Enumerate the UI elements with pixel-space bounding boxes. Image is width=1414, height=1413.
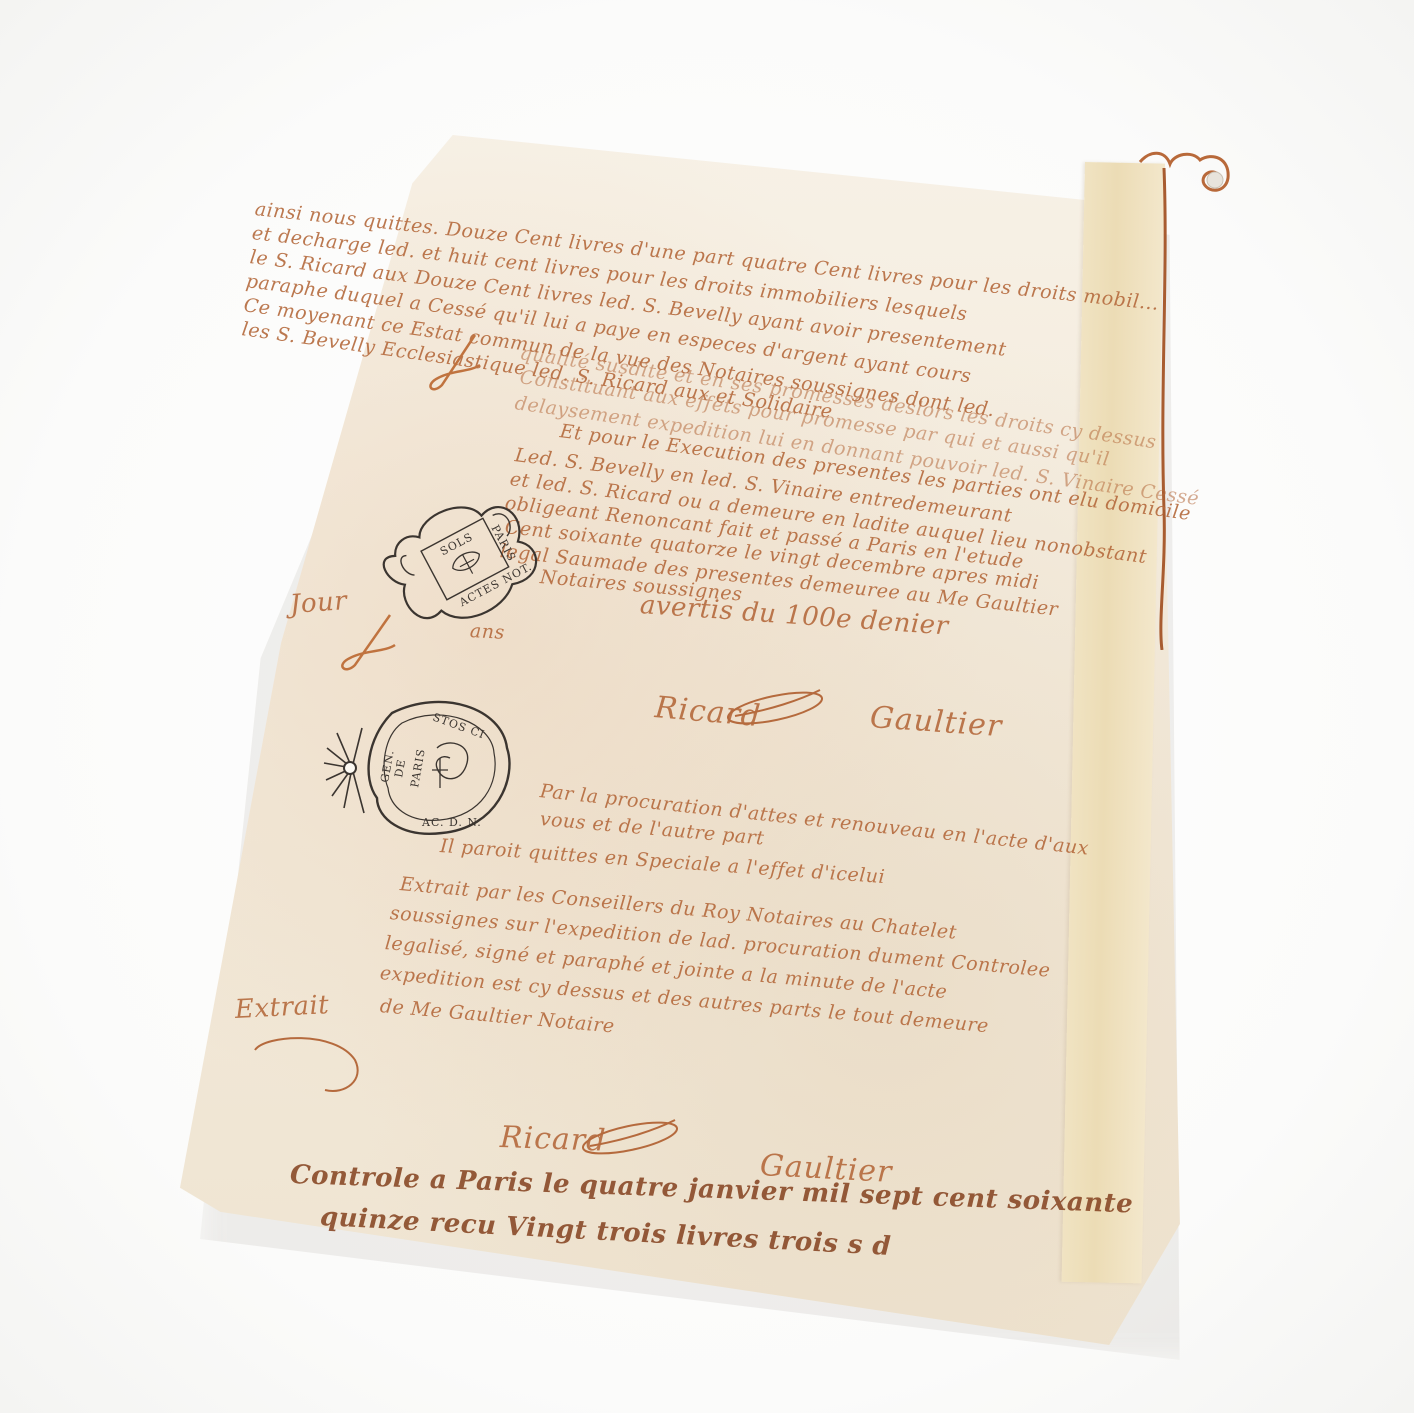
tax-stamp-upper: SOLS ACTES NOT. PARIS [375, 485, 550, 635]
stamp-inscription: PARIS [408, 747, 428, 788]
signature-gaultier: Gaultier [869, 700, 1004, 744]
stamp-inscription: ACTES NOT. [456, 560, 534, 610]
signature-flourish-icon [575, 1110, 685, 1160]
margin-extrait: Extrait [234, 990, 330, 1025]
handwriting-layer: ainsi nous quittes. Douze Cent livres d'… [0, 0, 1414, 1413]
photo-stage: ainsi nous quittes. Douze Cent livres d'… [0, 0, 1414, 1413]
tax-stamp-lower: GEN. DE PARIS STOS CI AC. D. N. [322, 688, 532, 848]
stamp-inscription: SOLS [438, 530, 475, 558]
paraph-flourish-icon [420, 330, 500, 400]
signature-flourish-icon [720, 680, 830, 730]
extrait-flourish-icon [245, 1030, 375, 1100]
stamp-inscription: AC. D. N. [421, 816, 482, 829]
controle-footer-line: quinze recu Vingt trois livres trois s d [319, 1202, 892, 1262]
stamp-inscription: STOS CI [431, 711, 487, 742]
stamp-inscription: DE [392, 758, 408, 779]
